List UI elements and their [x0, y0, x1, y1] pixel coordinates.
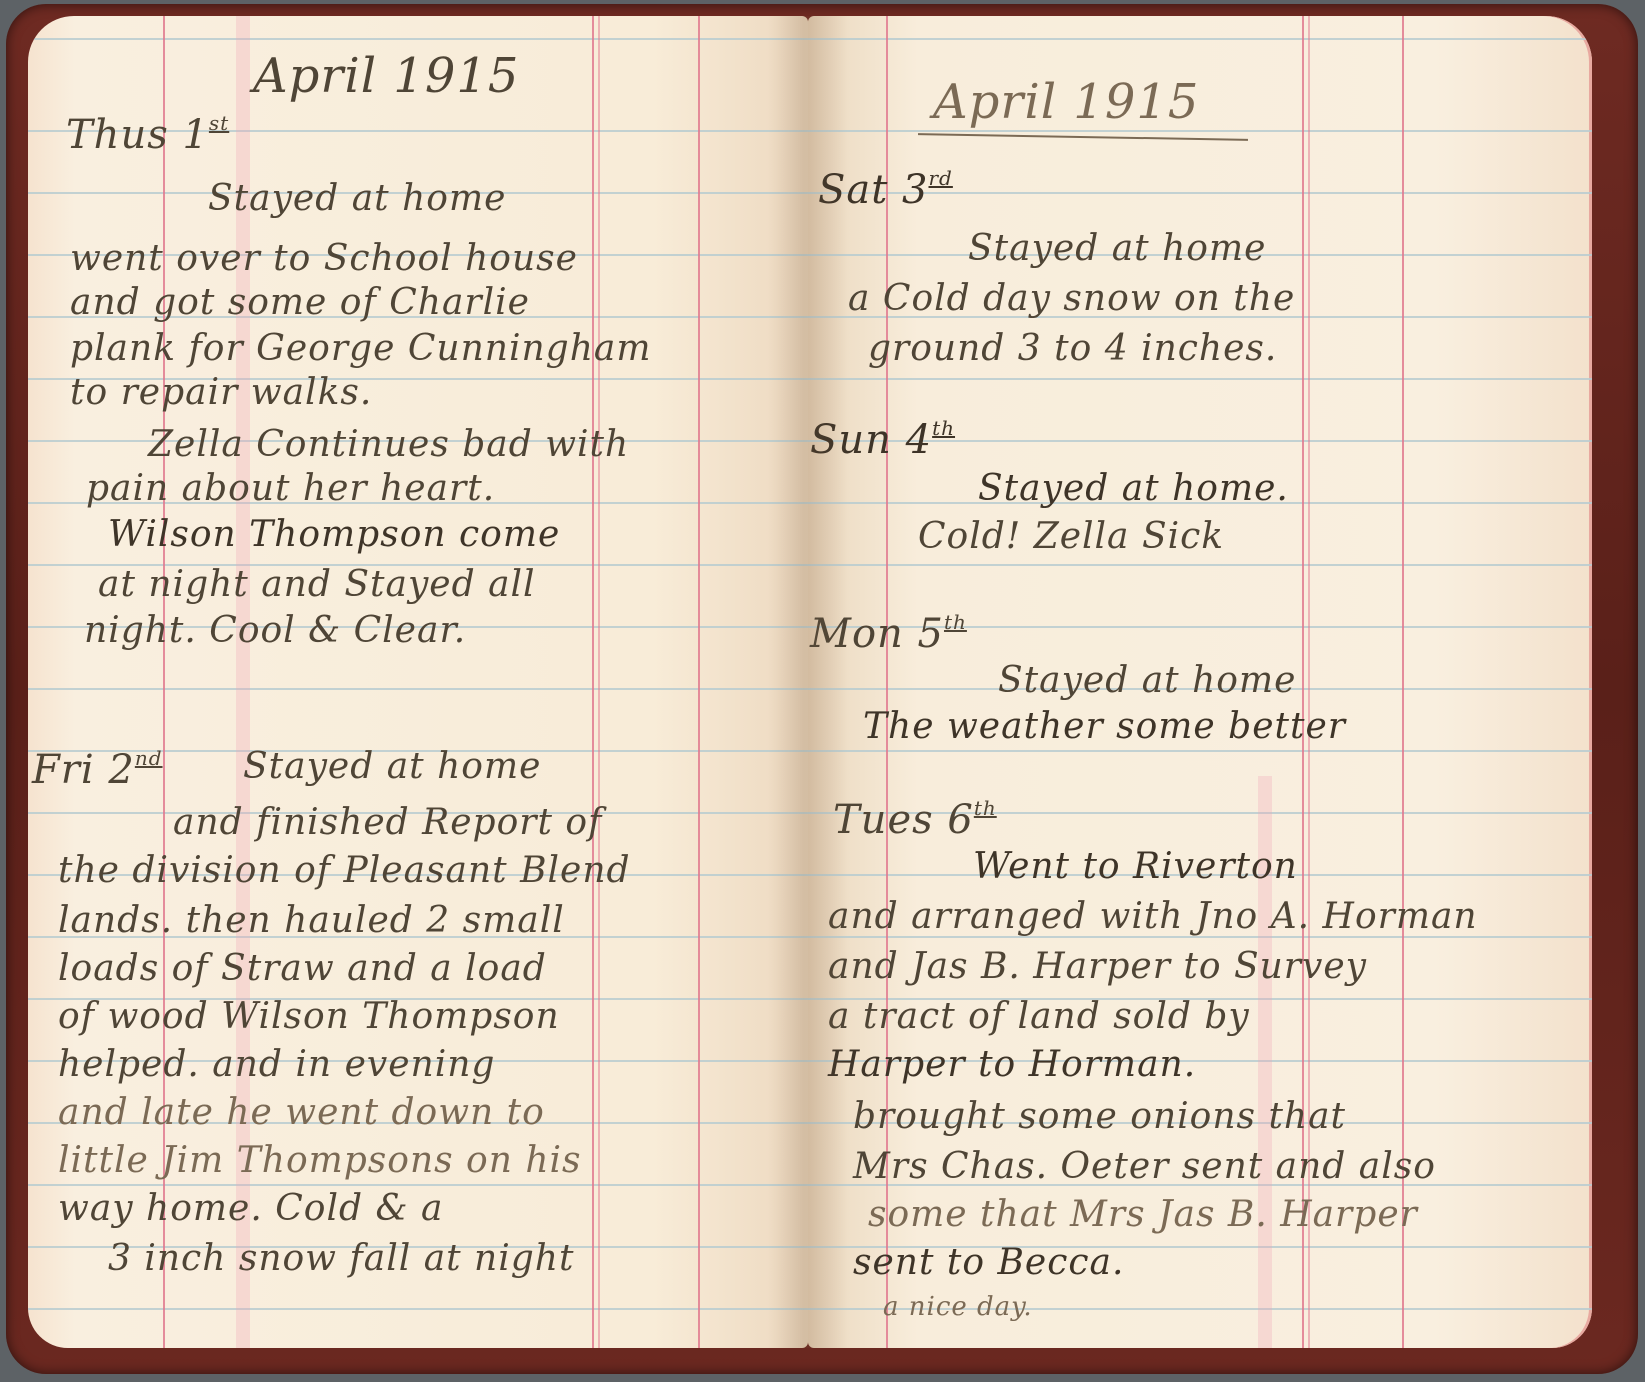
entry-line: sent to Becca. — [853, 1242, 1124, 1283]
entry-line: way home. Cold & a — [58, 1188, 443, 1229]
entry-line: Zella Continues bad with — [148, 424, 629, 465]
entry-line: and late he went down to — [58, 1092, 545, 1133]
entry-line: plank for George Cunningham — [70, 328, 651, 369]
column-rule — [592, 16, 594, 1348]
entry-line: a tract of land sold by — [828, 996, 1250, 1037]
entry-line: Stayed at home — [208, 178, 506, 219]
entry-line: ground 3 to 4 inches. — [868, 328, 1277, 369]
entry-line: and got some of Charlie — [70, 282, 530, 323]
entry-line: helped. and in evening — [58, 1044, 495, 1085]
entry-line: night. Cool & Clear. — [84, 610, 466, 651]
entry-line: Harper to Horman. — [828, 1044, 1196, 1085]
entry-day-heading: Tues 6th — [833, 796, 997, 843]
entry-line: Stayed at home — [998, 660, 1296, 701]
entry-line: Stayed at home. — [978, 468, 1289, 509]
entry-line: of wood Wilson Thompson — [58, 996, 560, 1037]
entry-line: and finished Report of — [173, 802, 602, 843]
entry-line: Went to Riverton — [973, 846, 1298, 887]
entry-line: and arranged with Jno A. Horman — [828, 896, 1478, 937]
entry-line: a nice day. — [883, 1292, 1033, 1322]
entry-line: 3 inch snow fall at night — [108, 1238, 574, 1279]
page-header: April 1915 — [253, 48, 519, 104]
page-header: April 1915 — [933, 74, 1199, 130]
entry-line: The weather some better — [863, 706, 1346, 747]
entry-line: Mrs Chas. Oeter sent and also — [853, 1146, 1436, 1187]
entry-day-heading: Mon 5th — [810, 610, 967, 657]
entry-day-heading: Sat 3rd — [818, 166, 953, 213]
entry-line: Cold! Zella Sick — [918, 516, 1224, 557]
left-page: April 1915 Thus 1st Stayed at home went … — [28, 16, 808, 1348]
entry-line: brought some onions that — [853, 1096, 1346, 1137]
entry-line: Stayed at home — [968, 228, 1266, 269]
entry-line: pain about her heart. — [86, 468, 495, 509]
entry-line: at night and Stayed all — [98, 564, 536, 605]
entry-line: the division of Pleasant Blend — [58, 850, 631, 891]
entry-line: loads of Straw and a load — [58, 948, 547, 989]
entry-day-heading: Sun 4th — [810, 416, 955, 463]
column-rule — [598, 16, 600, 1348]
entry-line: some that Mrs Jas B. Harper — [868, 1194, 1418, 1235]
column-rule — [698, 16, 700, 1348]
entry-day-heading: Thus 1st — [66, 111, 229, 158]
entry-line: a Cold day snow on the — [848, 278, 1295, 319]
right-page: April 1915 Sat 3rd Stayed at home a Cold… — [808, 16, 1592, 1348]
entry-day-heading: Fri 2nd — [32, 746, 163, 793]
entry-line: to repair walks. — [70, 372, 372, 413]
entry-line: Stayed at home — [243, 746, 541, 787]
entry-line: and Jas B. Harper to Survey — [828, 946, 1367, 987]
entry-line: Wilson Thompson come — [108, 514, 560, 555]
entry-line: lands. then hauled 2 small — [58, 900, 565, 941]
entry-line: went over to School house — [70, 238, 578, 279]
entry-line: little Jim Thompsons on his — [58, 1140, 582, 1181]
